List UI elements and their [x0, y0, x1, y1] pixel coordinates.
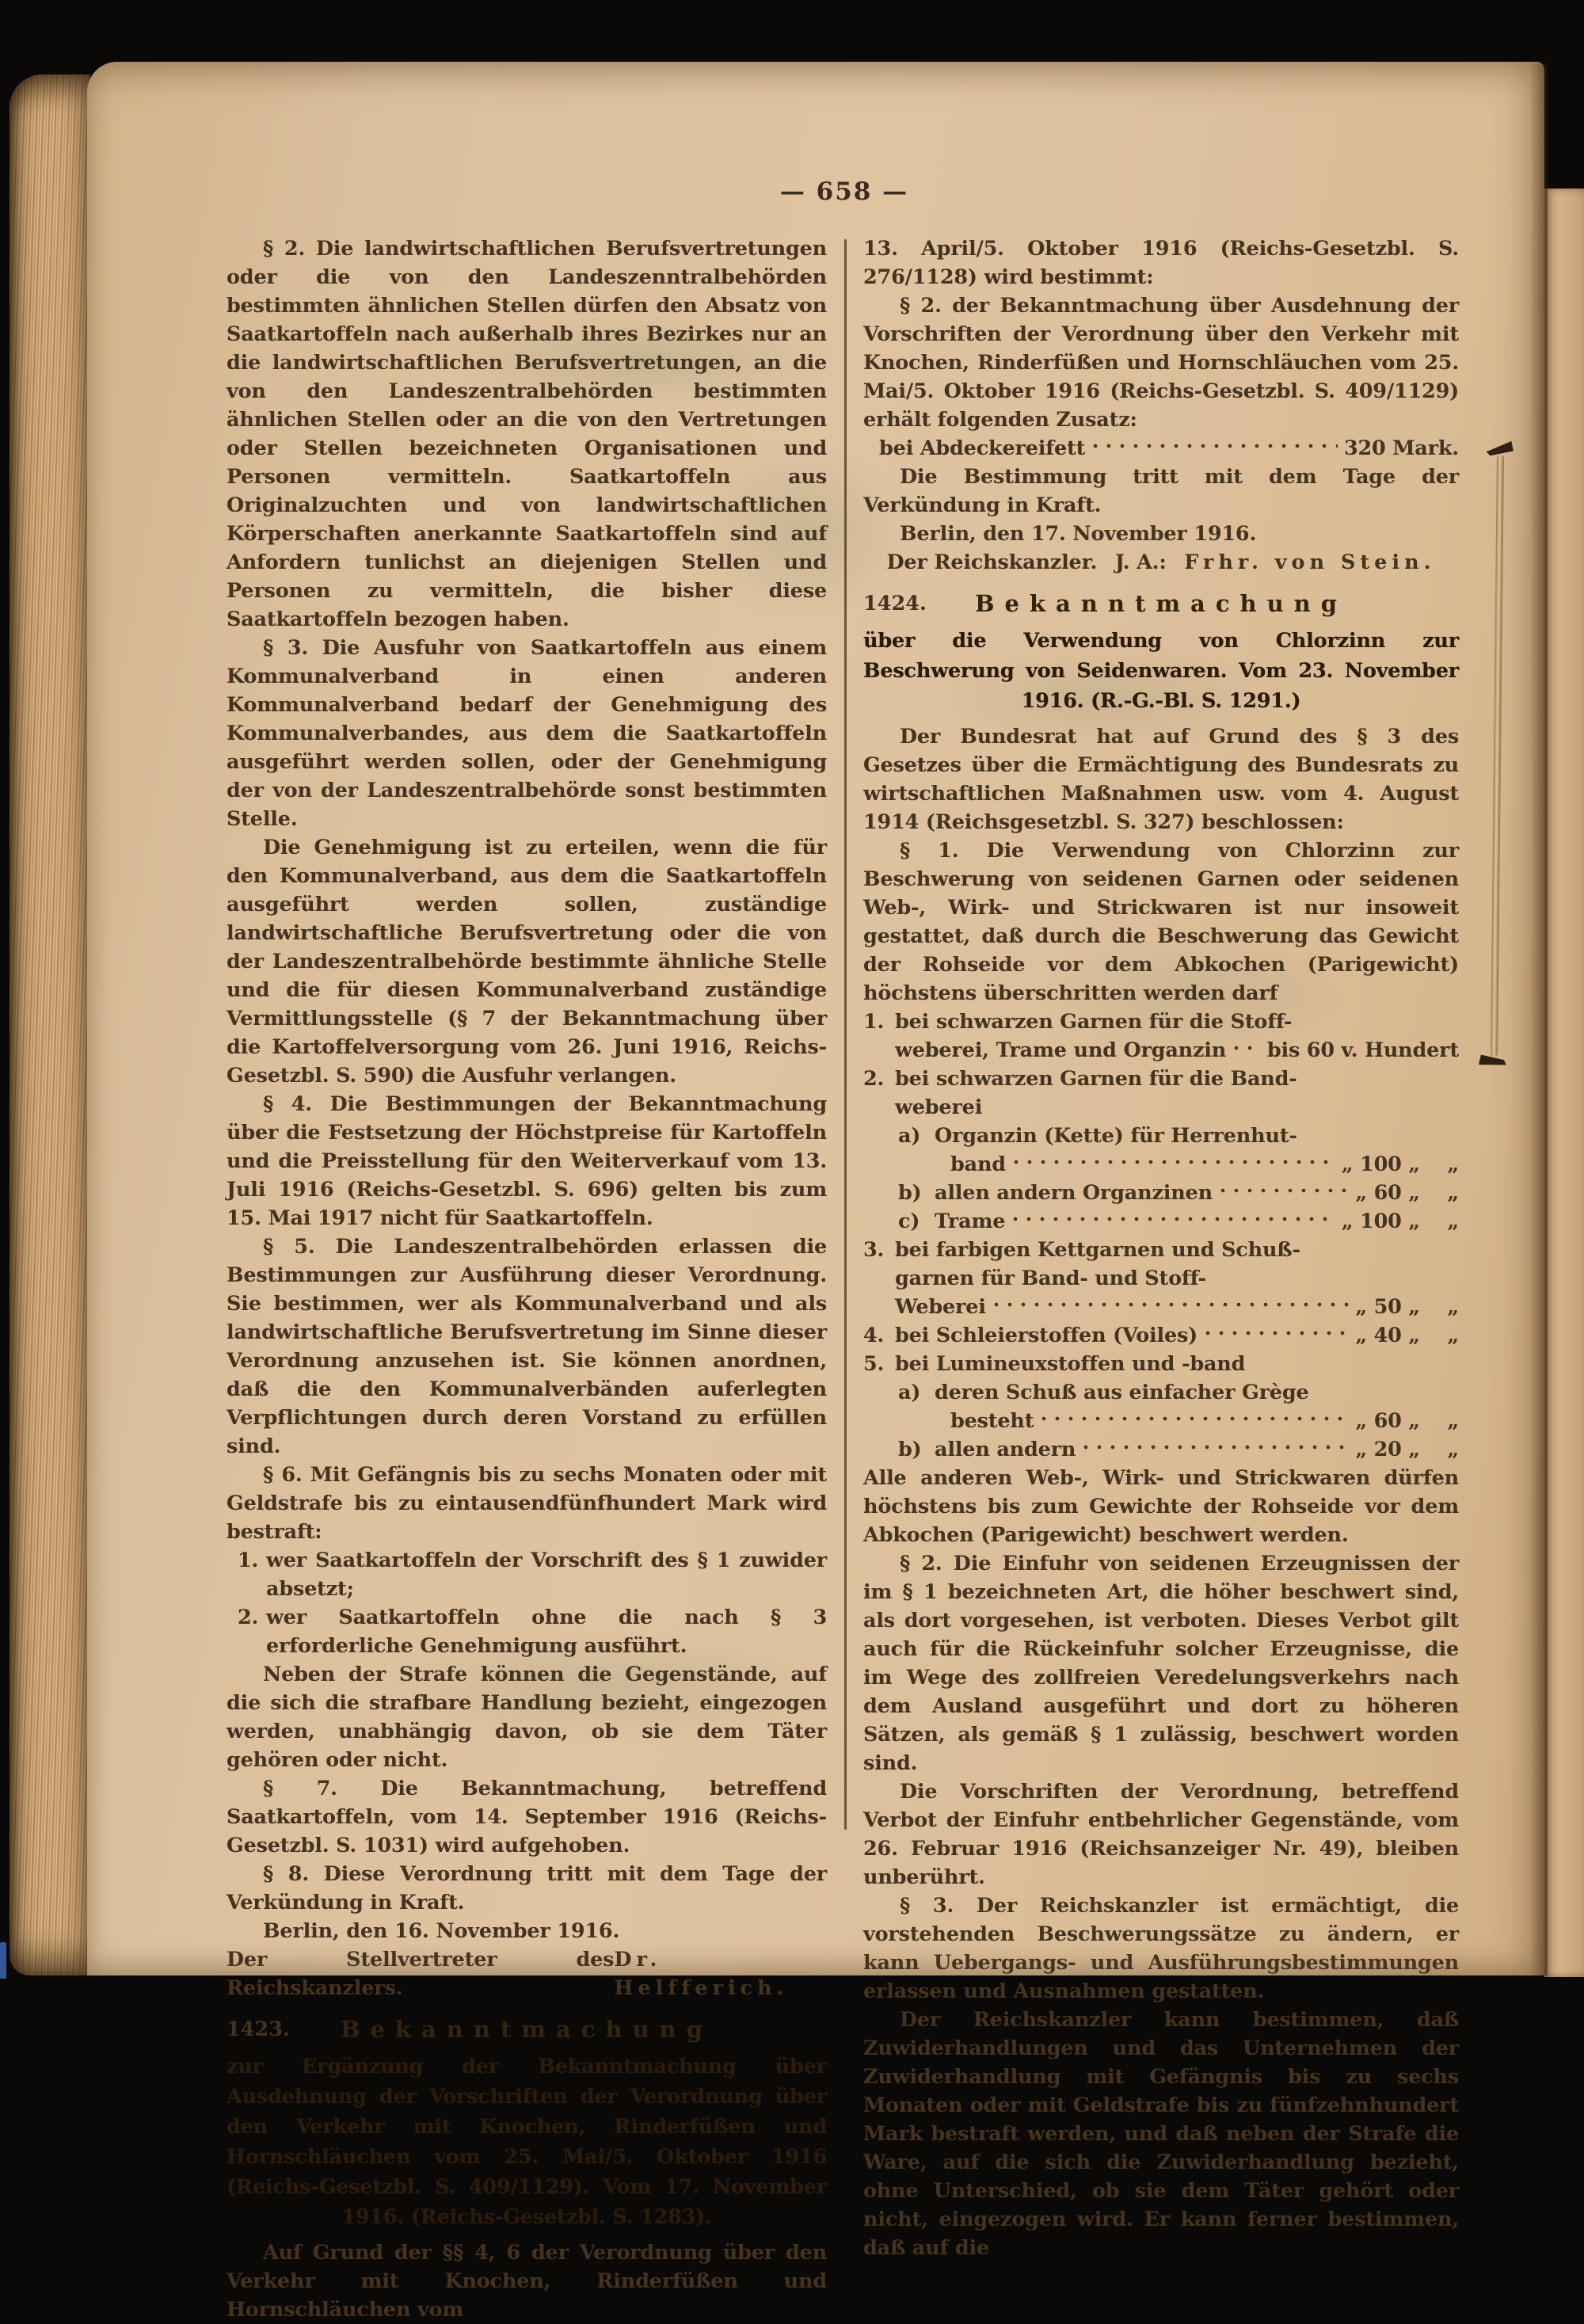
- signature-ja: J. A.:: [1115, 551, 1167, 574]
- tariff-label: bei Abdeckereifett: [879, 434, 1085, 463]
- para-s1-chlorzinn: § 1. Die Verwendung von Chlorzinn zur Be…: [863, 836, 1459, 1008]
- dot-leader: [1232, 1037, 1261, 1057]
- list-item-number: 2.: [238, 1603, 266, 1660]
- rate-text: garnen für Band- und Stoff-: [895, 1264, 1206, 1293]
- para-s5: § 5. Die Landeszentralbehörden erlassen …: [227, 1232, 827, 1461]
- rate-num: a): [898, 1378, 935, 1407]
- notice-1424-header: 1424. Bekanntmachung: [863, 589, 1459, 619]
- rate-text: bei Lumineuxstoffen und -band: [895, 1350, 1245, 1378]
- para-s8: § 8. Diese Verordnung tritt mit dem Tage…: [227, 1860, 827, 1917]
- rate-text: deren Schuß aus einfacher Grège: [935, 1378, 1309, 1407]
- para-s2-einfuhr: § 2. Die Einfuhr von seidenen Erzeugniss…: [863, 1549, 1459, 1777]
- rate-row: a)Organzin (Kette) für Herrenhut-: [863, 1122, 1459, 1150]
- rate-row: garnen für Band- und Stoff-: [863, 1264, 1459, 1293]
- rate-num: 3.: [863, 1236, 895, 1264]
- dot-leader: [992, 1293, 1350, 1314]
- rate-row: band„ 100 „ „: [863, 1150, 1459, 1179]
- para-s4: § 4. Die Bestimmungen der Bekanntmachung…: [227, 1090, 827, 1232]
- notice-title: Bekanntmachung: [341, 2016, 713, 2019]
- para-s7: § 7. Die Bekanntmachung, betreffend Saat…: [227, 1774, 827, 1860]
- rate-text: band: [950, 1150, 1006, 1179]
- rate-value: „ 50 „ „: [1355, 1293, 1459, 1321]
- para-s3-genehmigung: Die Genehmigung ist zu erteilen, wenn di…: [227, 833, 827, 1090]
- rate-num: 5.: [863, 1350, 895, 1378]
- para-s2: § 2. Die landwirtschaftlichen Berufsvert…: [227, 234, 827, 634]
- list-item-number: 1.: [238, 1546, 266, 1603]
- rate-text: Organzin (Kette) für Herrenhut-: [935, 1122, 1297, 1150]
- rate-row: Weberei„ 50 „ „: [863, 1293, 1459, 1321]
- para-inkraft: Die Bestimmung tritt mit dem Tage der Ve…: [863, 463, 1459, 520]
- dot-leader: [1204, 1322, 1349, 1343]
- list-item-text: wer Saatkartoffeln der Vorschrift des § …: [266, 1546, 827, 1603]
- scanned-book-page-scene: — 658 — § 2. Die landwirtschaftlichen Be…: [0, 0, 1584, 2019]
- para-confiscation: Neben der Strafe können die Gegenstände,…: [227, 1660, 827, 1774]
- page-number: — 658 —: [227, 177, 1462, 206]
- rate-row: weberei, Trame und Organzinbis 60 v. Hun…: [863, 1036, 1459, 1065]
- rate-row: 2.bei schwarzen Garnen für die Band-: [863, 1065, 1459, 1093]
- rate-text: allen andern Organzinen: [935, 1179, 1213, 1207]
- rate-row: b)allen andern„ 20 „ „: [863, 1435, 1459, 1464]
- signature-name: Frhr. von Stein.: [1184, 551, 1435, 574]
- rate-text: Trame: [935, 1207, 1005, 1236]
- rate-value: „ 20 „ „: [1355, 1435, 1459, 1464]
- rate-value: „ 60 „ „: [1355, 1179, 1459, 1207]
- rate-row: 4.bei Schleierstoffen (Voiles)„ 40 „ „: [863, 1321, 1459, 1350]
- rate-text: bei schwarzen Garnen für die Band-: [895, 1065, 1297, 1093]
- right-column: 13. April/5. Oktober 1916 (Reichs-Gesetz…: [863, 234, 1459, 2019]
- date-line: Berlin, den 16. November 1916.: [227, 1917, 827, 1945]
- rate-num: 1.: [863, 1008, 895, 1036]
- rate-value: bis 60 v. Hundert: [1267, 1036, 1459, 1065]
- rate-value: „ 100 „ „: [1342, 1207, 1459, 1236]
- dot-leader: [1040, 1408, 1349, 1428]
- rate-num: b): [898, 1435, 935, 1464]
- tariff-value: 320 Mark.: [1344, 434, 1459, 463]
- rate-text: bei Schleierstoffen (Voiles): [895, 1321, 1198, 1350]
- rate-text: Weberei: [895, 1293, 986, 1321]
- rate-row: c)Trame„ 100 „ „: [863, 1207, 1459, 1236]
- rate-row: weberei: [863, 1093, 1459, 1122]
- rate-num: a): [898, 1122, 935, 1150]
- underlying-page-edge: [1544, 189, 1584, 1977]
- para-alle-anderen: Alle anderen Web-, Wirk- und Strickwaren…: [863, 1464, 1459, 1549]
- rate-text: bei schwarzen Garnen für die Stoff-: [895, 1008, 1292, 1036]
- para-vorschriften: Die Vorschriften der Verordnung, betreff…: [863, 1777, 1459, 1892]
- rate-row: a)deren Schuß aus einfacher Grège: [863, 1378, 1459, 1407]
- column-divider-rule: [844, 239, 847, 1830]
- list-item: 1. wer Saatkartoffeln der Vorschrift des…: [238, 1546, 827, 1603]
- notice-1424-subtitle: über die Verwendung von Chlorzinn zur Be…: [863, 626, 1459, 716]
- rate-text: bei farbigen Kettgarnen und Schuß-: [895, 1236, 1300, 1264]
- rate-row: besteht„ 60 „ „: [863, 1407, 1459, 1435]
- rate-value: „ 100 „ „: [1342, 1150, 1459, 1179]
- notice-title: Bekanntmachung: [975, 590, 1347, 617]
- book-page-stack-edge: [10, 74, 90, 1975]
- rate-text: allen andern: [935, 1435, 1076, 1464]
- rate-row: b)allen andern Organzinen„ 60 „ „: [863, 1179, 1459, 1207]
- notice-number: 1424.: [863, 589, 927, 618]
- rate-text: weberei: [895, 1093, 982, 1122]
- para-s3-reichskanzler: § 3. Der Reichskanzler ist ermächtigt, d…: [863, 1892, 1459, 2006]
- rate-num: c): [898, 1207, 935, 1236]
- rate-num: 4.: [863, 1321, 895, 1350]
- rate-text: besteht: [950, 1407, 1034, 1435]
- left-column: § 2. Die landwirtschaftlichen Berufsvert…: [227, 234, 827, 2019]
- rate-value: „ 60 „ „: [1355, 1407, 1459, 1435]
- rate-row: 1.bei schwarzen Garnen für die Stoff-: [863, 1008, 1459, 1036]
- signature-row: Der Stellvertreter des Reichskanzlers. D…: [227, 1945, 827, 2002]
- notice-number: 1423.: [227, 2015, 290, 2019]
- page-fore-edge-shadow: [1530, 63, 1548, 1975]
- rate-num: b): [898, 1179, 935, 1207]
- rate-row: 5.bei Lumineuxstoffen und -band: [863, 1350, 1459, 1378]
- signature-row: Der Reichskanzler. J. A.: Frhr. von Stei…: [863, 548, 1459, 577]
- tariff-row-abdeckereifett: bei Abdeckereifett 320 Mark.: [863, 434, 1459, 463]
- signature-name: Dr. Helfferich.: [614, 1945, 827, 2002]
- rate-value: „ 40 „ „: [1355, 1321, 1459, 1350]
- notice-1423-header: 1423. Bekanntmachung: [227, 2015, 827, 2019]
- dot-leader: [1219, 1179, 1350, 1200]
- signature-office: Der Stellvertreter des Reichskanzlers.: [227, 1945, 614, 2002]
- blue-page-marker: [0, 1942, 6, 1979]
- dot-leader: [1011, 1208, 1335, 1229]
- rate-text: weberei, Trame und Organzin: [895, 1036, 1226, 1065]
- dot-leader: [1012, 1151, 1335, 1172]
- penalty-list: 1. wer Saatkartoffeln der Vorschrift des…: [238, 1546, 827, 1660]
- para-s3: § 3. Die Ausfuhr von Saatkartoffeln aus …: [227, 634, 827, 833]
- para-s2-zusatz: § 2. der Bekanntmachung über Ausdehnung …: [863, 291, 1459, 434]
- para-bundesrat: Der Bundesrat hat auf Grund des § 3 des …: [863, 722, 1459, 836]
- para-s6-intro: § 6. Mit Gefängnis bis zu sechs Monaten …: [227, 1461, 827, 1546]
- rate-num: 2.: [863, 1065, 895, 1093]
- signature-office: Der Reichskanzler.: [886, 551, 1097, 574]
- dot-leader: [1082, 1436, 1349, 1457]
- dot-leader: [1091, 435, 1338, 455]
- date-line: Berlin, den 17. November 1916.: [863, 520, 1459, 548]
- list-item: 2. wer Saatkartoffeln ohne die nach § 3 …: [238, 1603, 827, 1660]
- list-item-text: wer Saatkartoffeln ohne die nach § 3 erf…: [266, 1603, 827, 1660]
- para-continuation: 13. April/5. Oktober 1916 (Reichs-Gesetz…: [863, 234, 1459, 291]
- rate-row: 3.bei farbigen Kettgarnen und Schuß-: [863, 1236, 1459, 1264]
- para-zuwiderhandlungen: Der Reichskanzler kann bestimmen, daß Zu…: [863, 2006, 1459, 2019]
